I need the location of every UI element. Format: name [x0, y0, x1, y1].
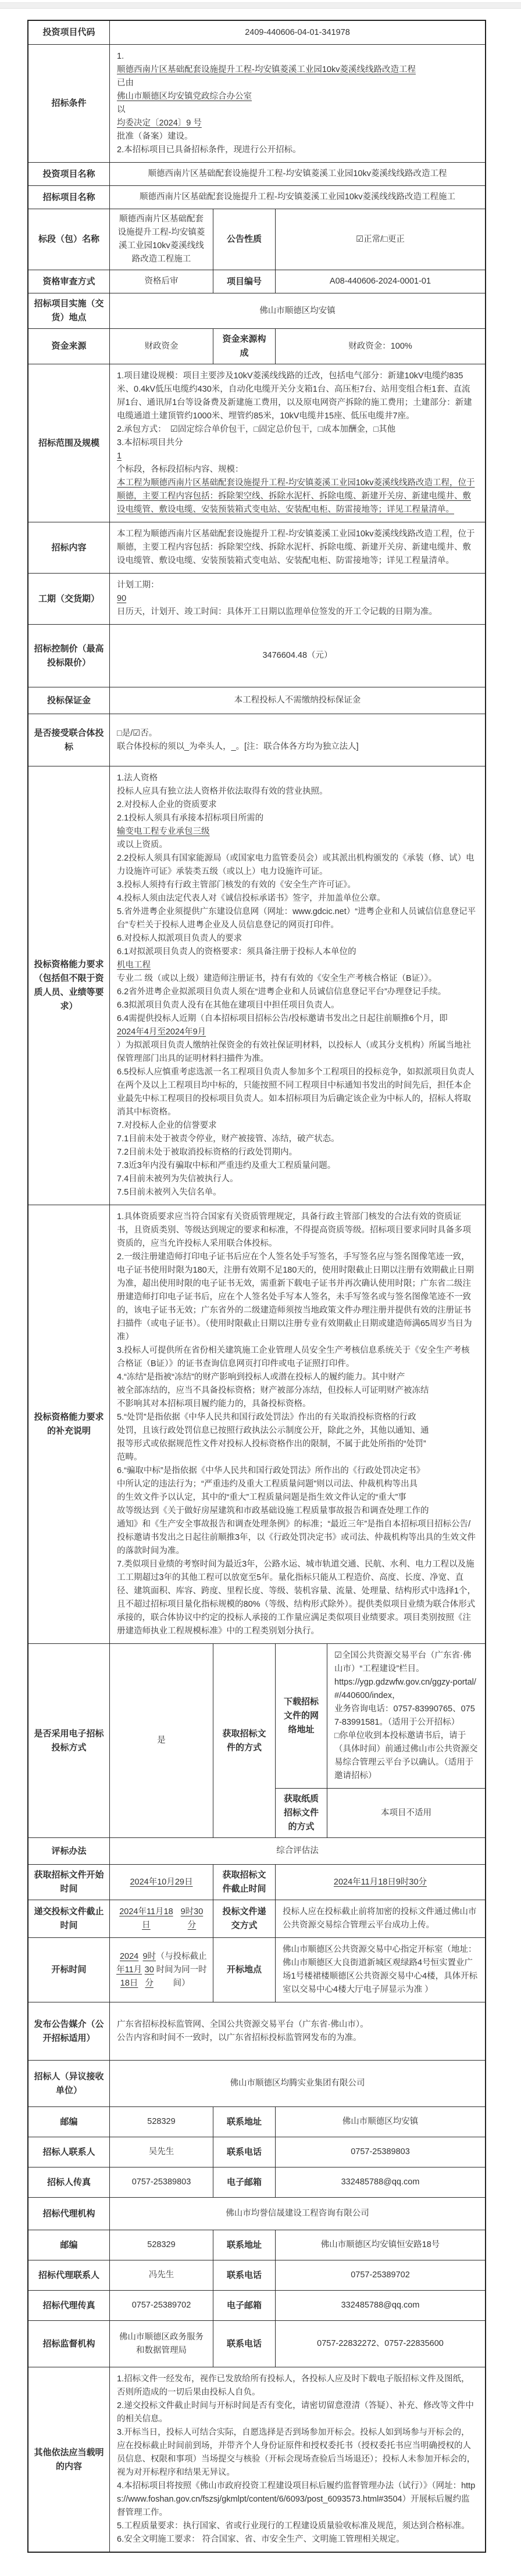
bid-bond-value: 本工程投标人不需缴纳投标保证金 [109, 687, 485, 714]
table-row-scope: 招标范围及规模 1.项目建设规模：项目主要涉及10kV菱溪线线路的迁改，包括电气… [28, 364, 485, 522]
agency-address-value: 佛山市顺德区均安镇恒安路18号 [275, 2230, 485, 2260]
table-row-tender-conditions: 招标条件 1.顺德西南片区基础配套设施提升工程-均安镇菱溪工业园10kv菱溪线线… [28, 44, 485, 162]
row-label: 投标资格能力要求（包括但不限于资质人员、业绩等要求） [28, 766, 109, 1205]
row-label: 联系电话 [213, 2260, 275, 2290]
row-label: 联系地址 [213, 2230, 275, 2260]
row-label: 投标保证金 [28, 687, 109, 714]
doc-deadline-value: 2024年11月18日 9时30分 [275, 1865, 485, 1900]
table-row-location: 招标项目实施（交货）地点 佛山市顺德区均安镇 [28, 293, 485, 328]
fund-source-value: 财政资金 [109, 329, 213, 364]
row-label: 发布公告媒介（公开招标适用） [28, 2002, 109, 2060]
row-label: 开标时间 [28, 1938, 109, 2002]
row-label: 招标人（异议接收单位） [28, 2061, 109, 2106]
table-row-funds: 资金来源 财政资金 资金来源构成 财政资金：100% [28, 328, 485, 364]
row-label: 下载招标文件的网络地址 [276, 1644, 327, 1788]
row-label: 递交投标文件截止时间 [28, 1900, 109, 1937]
paper-method-subrow: 获取纸质招标文件的方式 本项目不适用 [276, 1788, 485, 1837]
tenderer-fax-value: 0757-25389803 [109, 2167, 213, 2197]
agency-zip-value: 528329 [109, 2230, 213, 2260]
row-label: 项目编号 [213, 270, 275, 293]
agency-email-value: 332485788@qq.com [275, 2291, 485, 2320]
row-label: 评标办法 [28, 1838, 109, 1864]
section-name-value: 顺德西南片区基础配套设施提升工程-均安镇菱溪工业园10kv菱溪线线路改造工程施工 [109, 209, 213, 270]
row-label: 联系电话 [213, 2321, 275, 2367]
agency-phone-value: 0757-25389702 [275, 2260, 485, 2290]
other-content-text: 1.招标文件一经发布，视作已发放给所有投标人，各投标人应及时下载电子版招标文件及… [109, 2367, 485, 2552]
row-label: 工期（交货期） [28, 574, 109, 624]
delivery-location-value: 佛山市顺德区均安镇 [109, 293, 485, 328]
row-label: 资格审查方式 [28, 270, 109, 293]
row-label: 获取纸质招标文件的方式 [276, 1789, 327, 1837]
table-row-consortium: 是否接受联合体投标 □是/☑否。 联合体投标的须以_为牵头人，_。[注：联合体各… [28, 714, 485, 766]
doc-start-time-value: 2024年10月29日 [109, 1865, 213, 1900]
row-label: 是否采用电子招标投标方式 [28, 1644, 109, 1837]
table-row-e-bidding: 是否采用电子招标投标方式 是 获取招标文件的方式 下载招标文件的网络地址 ☑全国… [28, 1643, 485, 1837]
row-label: 招标监督机构 [28, 2321, 109, 2367]
table-row-control-price: 招标控制价（最高投标限价） 3476604.48（元） [28, 624, 485, 687]
table-row-tenderer: 招标人（异议接收单位） 佛山市顺德区均腾实业集团有限公司 [28, 2060, 485, 2106]
row-label: 招标代理传真 [28, 2291, 109, 2320]
row-label: 投标资格能力要求的补充说明 [28, 1205, 109, 1643]
fund-composition-value: 财政资金：100% [275, 329, 485, 364]
qualification-requirements-text: 1.法人资格 投标人应具有独立法人资格并依法取得有效的营业执照。 2.对投标人企… [109, 766, 485, 1205]
tender-announcement-table: 投资项目代码 2409-440606-04-01-341978 招标条件 1.顺… [27, 20, 486, 2553]
row-label: 招标控制价（最高投标限价） [28, 625, 109, 687]
table-row-tenderer-zip: 邮编 528329 联系地址 佛山市顺德区均安镇 [28, 2106, 485, 2137]
row-label: 其他依法应当载明的内容 [28, 2367, 109, 2552]
table-row-supervisor: 招标监督机构 佛山市顺德区政务服务和数据管理局 联系电话 0757-228322… [28, 2320, 485, 2367]
table-row-qualification-review: 资格审查方式 资格后审 项目编号 A08-440606-2024-0001-01 [28, 270, 485, 293]
qualification-review-value: 资格后审 [109, 270, 213, 293]
row-label: 招标人联系人 [28, 2137, 109, 2167]
scope-and-scale-text: 1.项目建设规模：项目主要涉及10kV菱溪线线路的迁改，包括电气部分：新建10k… [109, 364, 485, 522]
qualification-notes-text: 1.具体资质要求应当符合国家有关资质管理规定，具备行政主管部门核发的合法有效的资… [109, 1205, 485, 1643]
consortium-text: □是/☑否。 联合体投标的须以_为牵头人，_。[注：联合体各方均为独立法人] [109, 714, 485, 766]
row-label: 公告性质 [213, 209, 275, 270]
table-row-other-content: 其他依法应当载明的内容 1.招标文件一经发布，视作已发放给所有投标人，各投标人应… [28, 2367, 485, 2552]
tenderer-phone-value: 0757-25389803 [275, 2137, 485, 2167]
row-label: 投资项目代码 [28, 21, 109, 44]
row-label: 招标内容 [28, 522, 109, 573]
document-obtain-methods: 下载招标文件的网络地址 ☑全国公共资源交易平台（广东省·佛山市）“工程建设”栏目… [275, 1644, 485, 1837]
table-row-opening: 开标时间 2024年11月18日 9时30分（与投标截止时间为同一时间） 开标地… [28, 1937, 485, 2002]
row-label: 联系电话 [213, 2137, 275, 2167]
submit-deadline-value: 2024年11月18日 9时30分 [109, 1900, 213, 1937]
table-row-investment-name: 投资项目名称 顺德西南片区基础配套设施提升工程-均安镇菱溪工业园10kv菱溪线线… [28, 162, 485, 185]
table-row-tenderer-contact: 招标人联系人 吴先生 联系电话 0757-25389803 [28, 2137, 485, 2167]
row-label: 招标人传真 [28, 2167, 109, 2197]
tenderer-zip-value: 528329 [109, 2107, 213, 2137]
tender-project-name-value: 顺德西南片区基础配套设施提升工程-均安镇菱溪工业园10kv菱溪线线路改造工程施工 [109, 186, 485, 209]
row-label: 联系地址 [213, 2107, 275, 2137]
row-label: 招标项目名称 [28, 186, 109, 209]
row-label: 招标代理联系人 [28, 2260, 109, 2290]
e-bidding-value: 是 [109, 1644, 213, 1837]
opening-place-text: 佛山市顺德区公共资源交易中心指定开标室（地址：佛山市顺德区大良街道新城区观绿路4… [275, 1938, 485, 2002]
table-row-section-name: 标段（包）名称 顺德西南片区基础配套设施提升工程-均安镇菱溪工业园10kv菱溪线… [28, 209, 485, 270]
notice-nature-value: ☑正常/□更正 [275, 209, 485, 270]
table-row-doc-time: 获取招标文件开始时间 2024年10月29日 获取招标文件截止时间 2024年1… [28, 1864, 485, 1900]
row-label: 招标条件 [28, 45, 109, 162]
agency-name-value: 佛山市均誉信晟建设工程咨询有限公司 [109, 2198, 485, 2230]
tenderer-email-value: 332485788@qq.com [275, 2167, 485, 2197]
supervisor-phone-value: 0757-22832272、0757-22835600 [275, 2321, 485, 2367]
opening-time-value: 2024年11月18日 9时30分（与投标截止时间为同一时间） [109, 1938, 213, 2002]
agency-fax-value: 0757-25389702 [109, 2291, 213, 2320]
table-row-media: 发布公告媒介（公开招标适用） 广东省招标投标监管网、全国公共资源交易平台（广东省… [28, 2002, 485, 2060]
row-label: 招标范围及规模 [28, 364, 109, 522]
download-address-text: ☑全国公共资源交易平台（广东省·佛山市）“工程建设”栏目。 https://yg… [327, 1644, 485, 1788]
table-row-evaluation: 评标办法 综合评估法 [28, 1837, 485, 1864]
control-price-value: 3476604.48（元） [109, 625, 485, 687]
row-label: 资金来源构成 [213, 329, 275, 364]
row-label: 开标地点 [213, 1938, 275, 2002]
paper-method-value: 本项目不适用 [327, 1789, 485, 1837]
row-label: 投资项目名称 [28, 163, 109, 185]
row-label: 获取招标文件的方式 [213, 1644, 275, 1837]
table-row-agency-zip: 邮编 528329 联系地址 佛山市顺德区均安镇恒安路18号 [28, 2230, 485, 2260]
table-row-submit-deadline: 递交投标文件截止时间 2024年11月18日 9时30分 投标文件递交方式 投标… [28, 1900, 485, 1937]
table-row-qualification-notes: 投标资格能力要求的补充说明 1.具体资质要求应当符合国家有关资质管理规定，具备行… [28, 1205, 485, 1643]
table-row-bid-bond: 投标保证金 本工程投标人不需缴纳投标保证金 [28, 687, 485, 714]
row-label: 电子邮箱 [213, 2291, 275, 2320]
table-row-project-code: 投资项目代码 2409-440606-04-01-341978 [28, 21, 485, 44]
announcement-media-text: 广东省招标投标监管网、全国公共资源交易平台（广东省·佛山市）。 公告内容和时间不… [109, 2002, 485, 2060]
table-row-tender-content: 招标内容 本工程为顺德西南片区基础配套设施提升工程-均安镇菱溪工业园10kv菱溪… [28, 522, 485, 573]
tenderer-contact-value: 吴先生 [109, 2137, 213, 2167]
evaluation-method-value: 综合评估法 [109, 1838, 485, 1864]
table-row-agency: 招标代理机构 佛山市均誉信晟建设工程咨询有限公司 [28, 2197, 485, 2230]
tender-conditions-text: 1.顺德西南片区基础配套设施提升工程-均安镇菱溪工业园10kv菱溪线线路改造工程… [109, 45, 485, 162]
row-label: 获取招标文件开始时间 [28, 1865, 109, 1900]
project-number-value: A08-440606-2024-0001-01 [275, 270, 485, 293]
investment-project-name-value: 顺德西南片区基础配套设施提升工程-均安镇菱溪工业园10kv菱溪线线路改造工程 [109, 163, 485, 185]
row-label: 是否接受联合体投标 [28, 714, 109, 766]
row-label: 招标项目实施（交货）地点 [28, 293, 109, 328]
project-code-value: 2409-440606-04-01-341978 [109, 21, 485, 44]
submit-method-text: 投标人应在投标截止前将加密的投标文件通过佛山市公共资源交易综合管理云平台成功上传… [275, 1900, 485, 1937]
page-top-strip [0, 2, 521, 9]
table-row-agency-fax: 招标代理传真 0757-25389702 电子邮箱 332485788@qq.c… [28, 2290, 485, 2320]
tenderer-name-value: 佛山市顺德区均腾实业集团有限公司 [109, 2061, 485, 2106]
row-label: 邮编 [28, 2107, 109, 2137]
row-label: 获取招标文件截止时间 [213, 1865, 275, 1900]
row-label: 投标文件递交方式 [213, 1900, 275, 1937]
row-label: 资金来源 [28, 329, 109, 364]
row-label: 邮编 [28, 2230, 109, 2260]
download-method-subrow: 下载招标文件的网络地址 ☑全国公共资源交易平台（广东省·佛山市）“工程建设”栏目… [276, 1644, 485, 1788]
row-label: 电子邮箱 [213, 2167, 275, 2197]
table-row-duration: 工期（交货期） 计划工期：90日历天，计划开、竣工时间：具体开工日期以监理单位签… [28, 573, 485, 624]
table-row-qualification-requirements: 投标资格能力要求（包括但不限于资质人员、业绩等要求） 1.法人资格 投标人应具有… [28, 766, 485, 1205]
row-label: 标段（包）名称 [28, 209, 109, 270]
duration-text: 计划工期：90日历天，计划开、竣工时间：具体开工日期以监理单位签发的开工令记载的… [109, 574, 485, 624]
tenderer-address-value: 佛山市顺德区均安镇 [275, 2107, 485, 2137]
row-label: 招标代理机构 [28, 2198, 109, 2230]
agency-contact-value: 冯先生 [109, 2260, 213, 2290]
table-row-tender-name: 招标项目名称 顺德西南片区基础配套设施提升工程-均安镇菱溪工业园10kv菱溪线线… [28, 185, 485, 209]
table-row-tenderer-fax: 招标人传真 0757-25389803 电子邮箱 332485788@qq.co… [28, 2167, 485, 2197]
table-row-agency-contact: 招标代理联系人 冯先生 联系电话 0757-25389702 [28, 2260, 485, 2290]
tender-content-text: 本工程为顺德西南片区基础配套设施提升工程-均安镇菱溪工业园10kv菱溪线线路改造… [109, 522, 485, 573]
supervisor-name-value: 佛山市顺德区政务服务和数据管理局 [109, 2321, 213, 2367]
